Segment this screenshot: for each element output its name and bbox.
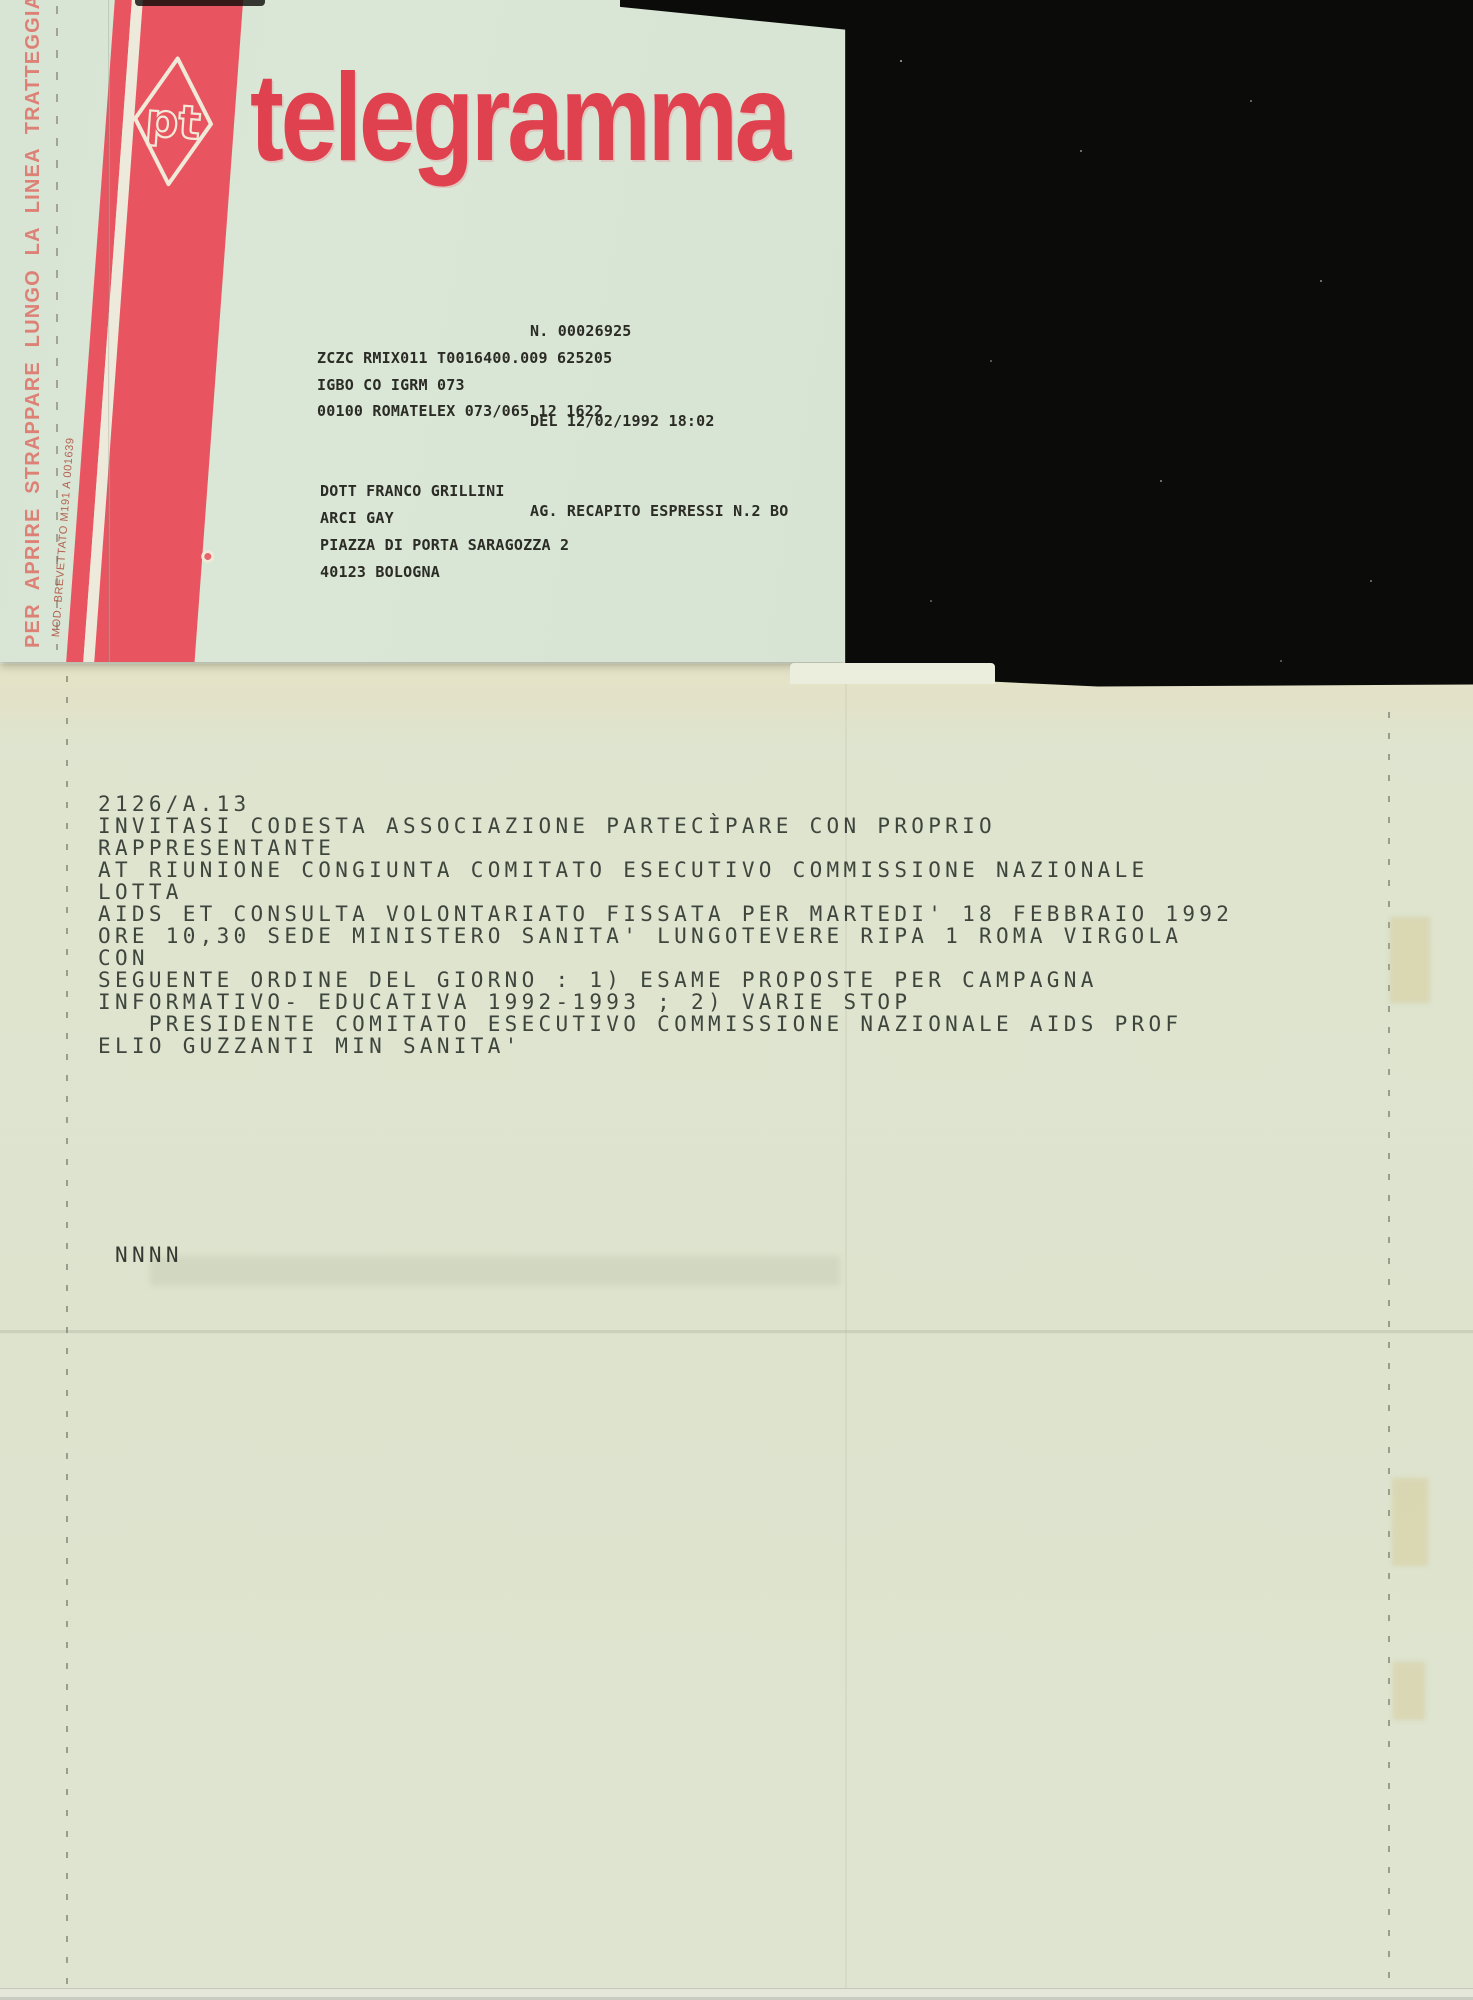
recipient-line: PIAZZA DI PORTA SARAGOZZA 2 xyxy=(320,532,569,559)
paper-tab xyxy=(790,663,995,684)
message-line: CON xyxy=(98,947,1233,969)
message-line: ORE 10,30 SEDE MINISTERO SANITA' LUNGOTE… xyxy=(98,925,1233,947)
message-line: INVITASI CODESTA ASSOCIAZIONE PARTECÌPAR… xyxy=(98,815,1233,837)
message-line: AT RIUNIONE CONGIUNTA COMITATO ESECUTIVO… xyxy=(98,859,1233,881)
recipient-line: ARCI GAY xyxy=(320,505,569,532)
message-terminator: NNNN xyxy=(115,1243,183,1267)
tape-mark xyxy=(1393,1662,1425,1720)
telegram-scan: 2126/A.13INVITASI CODESTA ASSOCIAZIONE P… xyxy=(0,0,1473,2000)
telegramma-wordmark: telegramma xyxy=(250,56,742,186)
recipient-address: DOTT FRANCO GRILLINIARCI GAYPIAZZA DI PO… xyxy=(320,478,569,586)
punch-hole xyxy=(201,550,215,564)
sheet-horizontal-crease xyxy=(0,1330,1473,1334)
message-line: ELIO GUZZANTI MIN SANITA' xyxy=(98,1035,1233,1057)
svg-text:pt: pt xyxy=(144,92,203,150)
tear-dashed-line xyxy=(56,6,58,650)
message-line: PRESIDENTE COMITATO ESECUTIVO COMMISSION… xyxy=(98,1013,1233,1035)
message-line: LOTTA xyxy=(98,881,1233,903)
message-body: 2126/A.13INVITASI CODESTA ASSOCIAZIONE P… xyxy=(98,793,1233,1057)
tape-mark xyxy=(1390,917,1430,1003)
sheet-right-dashed-line xyxy=(1388,712,1390,1988)
routing-line: 00100 ROMATELEX 073/065 12 1622 xyxy=(317,398,612,425)
telegram-envelope: MOD. BREVETTATO M191 A 001639 pt PER APR… xyxy=(0,0,845,662)
routing-line: IGBO CO IGRM 073 xyxy=(317,372,612,399)
message-line: AIDS ET CONSULTA VOLONTARIATO FISSATA PE… xyxy=(98,903,1233,925)
tape-mark xyxy=(1392,1478,1428,1566)
tear-strip-fold xyxy=(108,0,110,662)
telegram-number: N. 00026925 xyxy=(530,316,788,346)
message-line: 2126/A.13 xyxy=(98,793,1233,815)
pt-logo-icon: pt xyxy=(127,52,218,190)
tear-strip-instruction: PER APRIRE STRAPPARE LUNGO LA LINEA TRAT… xyxy=(22,30,52,648)
scanner-dust xyxy=(900,60,902,62)
routing-block: ZCZC RMIX011 T0016400.009 625205IGBO CO … xyxy=(317,345,612,425)
message-line: SEGUENTE ORDINE DEL GIORNO : 1) ESAME PR… xyxy=(98,969,1233,991)
recipient-line: DOTT FRANCO GRILLINI xyxy=(320,478,569,505)
routing-line: ZCZC RMIX011 T0016400.009 625205 xyxy=(317,345,612,372)
message-line: INFORMATIVO- EDUCATIVA 1992-1993 ; 2) VA… xyxy=(98,991,1233,1013)
recipient-line: 40123 BOLOGNA xyxy=(320,559,569,586)
scan-edge-smudge xyxy=(135,0,265,6)
message-line: RAPPRESENTANTE xyxy=(98,837,1233,859)
sheet-faded-smudge xyxy=(150,1256,840,1286)
